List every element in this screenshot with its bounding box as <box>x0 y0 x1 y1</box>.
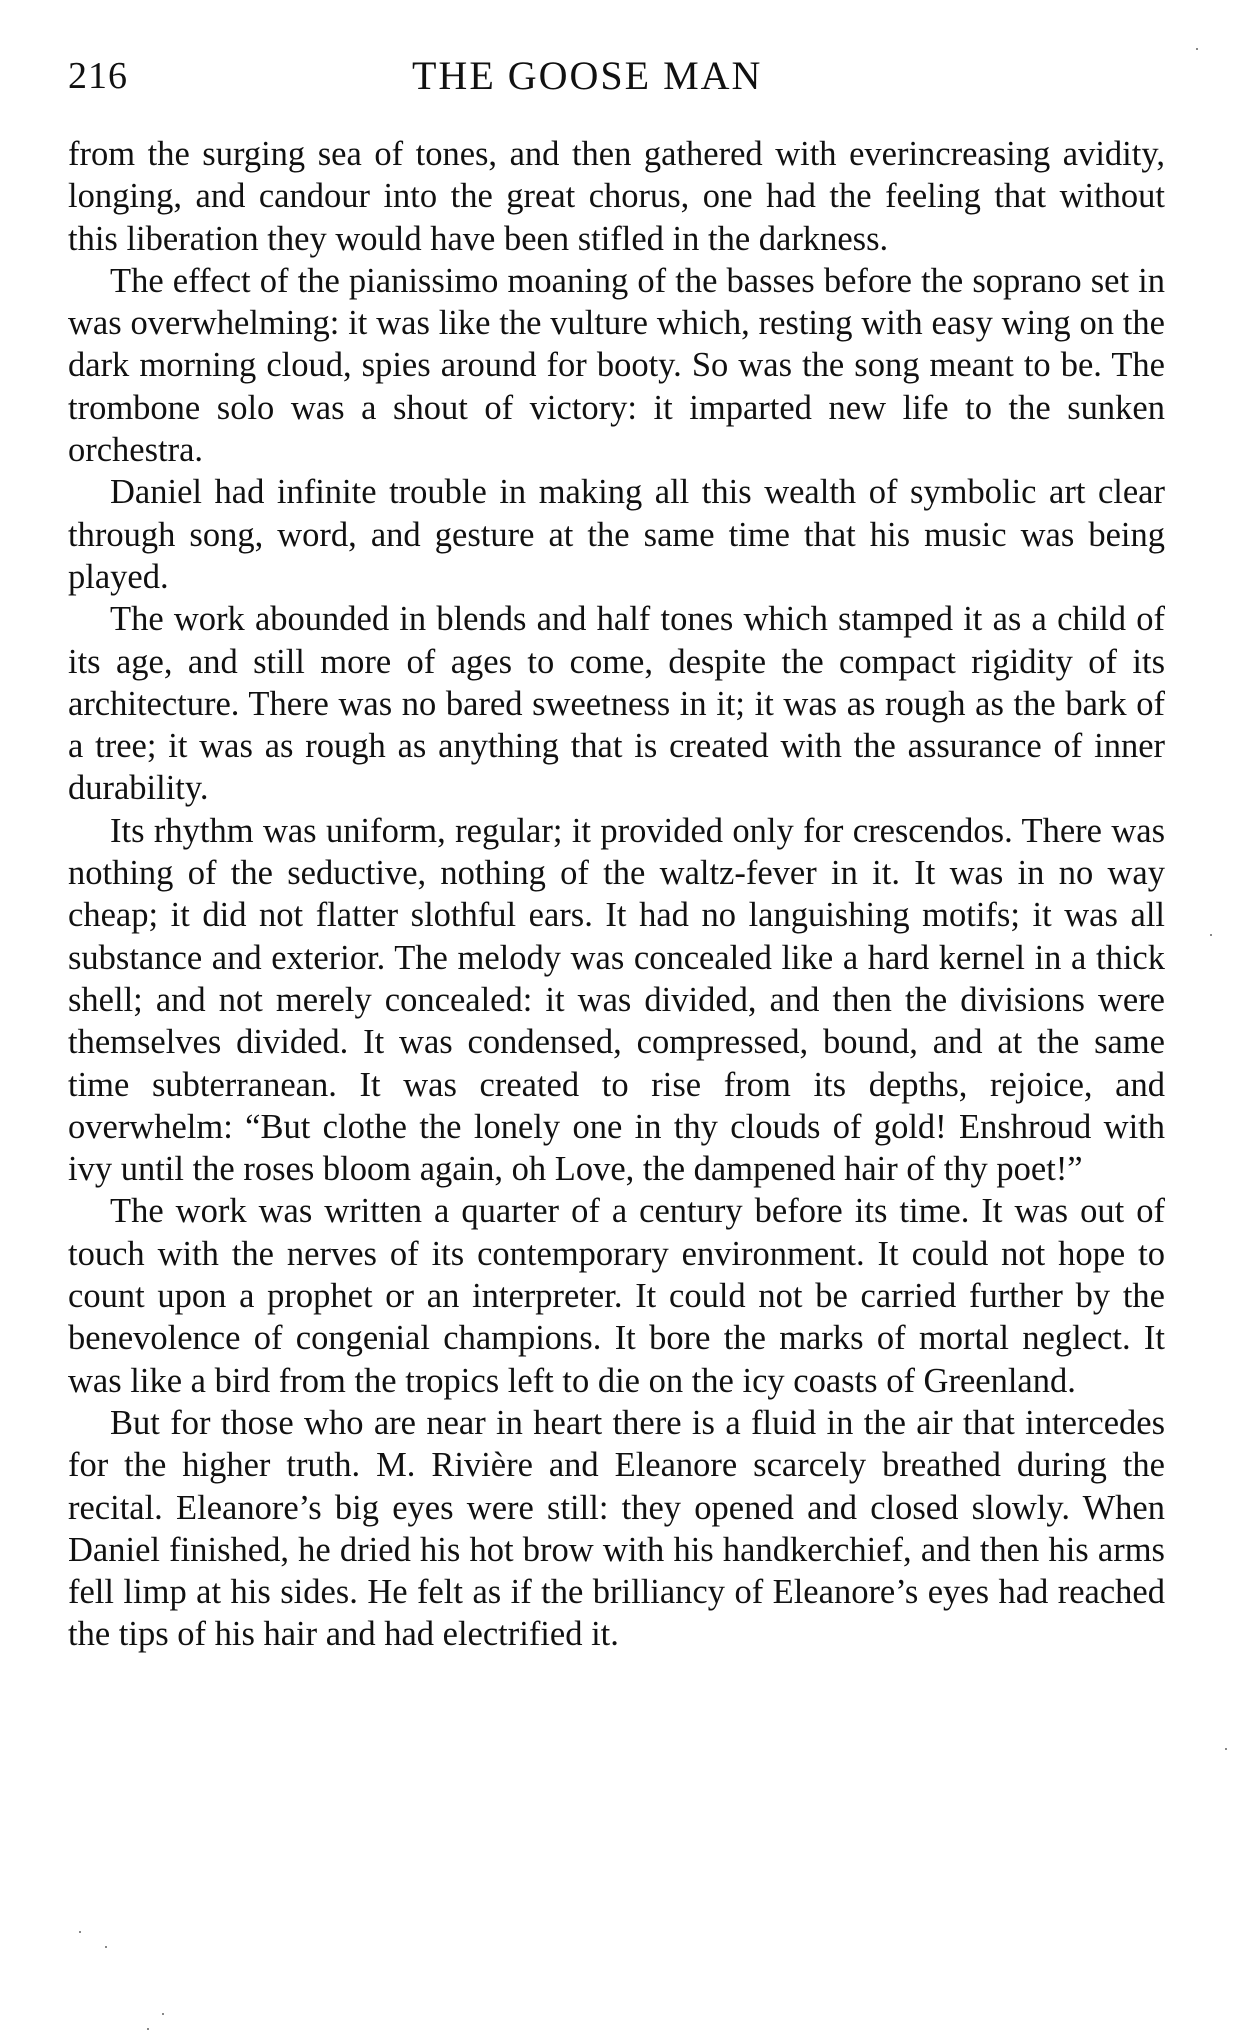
page-number: 216 <box>68 52 128 100</box>
paragraph: Its rhythm was uniform, regular; it prov… <box>68 810 1165 1191</box>
scan-speck <box>1196 48 1198 50</box>
paragraph-continued: from the surging sea of tones, and then … <box>68 133 1165 260</box>
scan-speck <box>105 1946 107 1948</box>
paragraph: The work was written a quarter of a cent… <box>68 1190 1165 1401</box>
running-head: 216 THE GOOSE MAN <box>68 52 1165 100</box>
paragraph: The work abounded in blends and half ton… <box>68 598 1165 809</box>
scan-speck <box>162 2013 164 2015</box>
body-text: from the surging sea of tones, and then … <box>68 133 1165 1656</box>
scan-speck <box>147 2028 149 2030</box>
scan-speck <box>79 1931 81 1933</box>
paragraph: But for those who are near in heart ther… <box>68 1402 1165 1656</box>
book-page: 216 THE GOOSE MAN from the surging sea o… <box>0 0 1233 2033</box>
scan-speck <box>1210 934 1212 936</box>
scan-speck <box>1225 1748 1227 1750</box>
paragraph: Daniel had infinite trouble in making al… <box>68 471 1165 598</box>
paragraph: The effect of the pianissimo moaning of … <box>68 260 1165 471</box>
running-title: THE GOOSE MAN <box>412 52 762 100</box>
